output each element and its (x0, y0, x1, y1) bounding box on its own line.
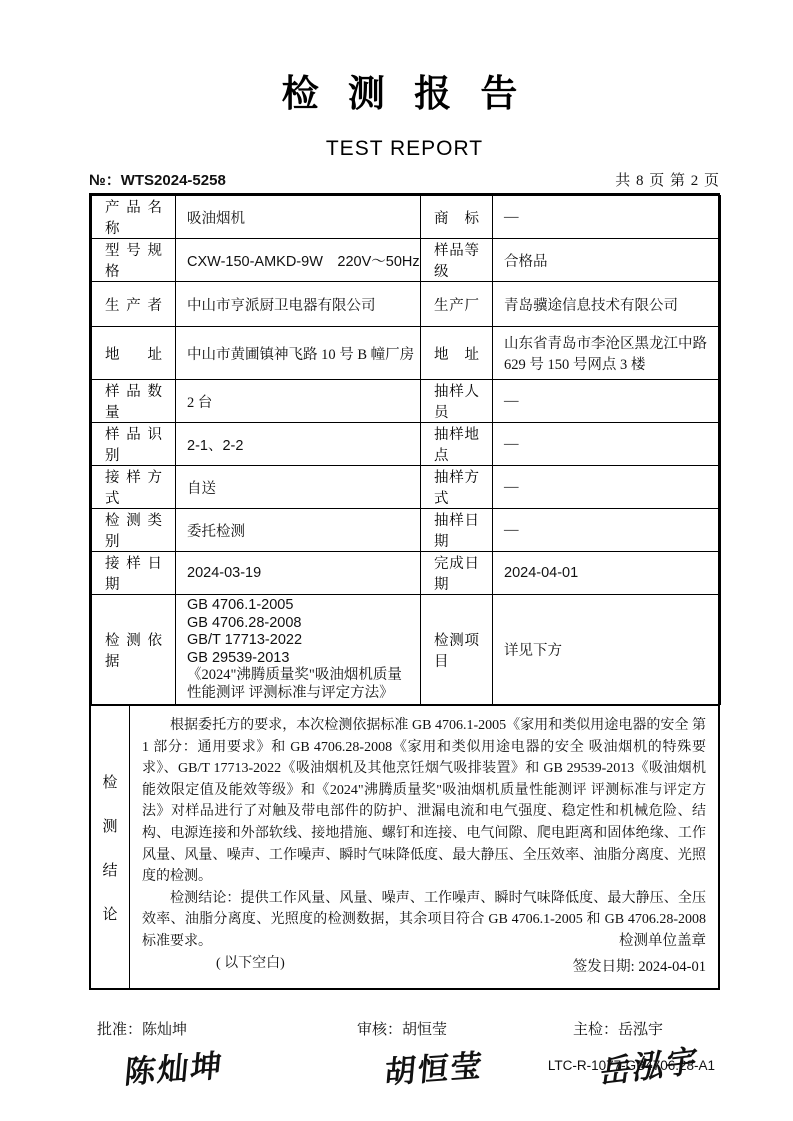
field-label: 完成日期 (421, 552, 493, 595)
stamp-label: 检测单位盖章 (573, 928, 706, 954)
label-char: 论 (102, 903, 117, 924)
inspector-block: 主检：岳泓宇 岳泓宇 (573, 1018, 700, 1092)
field-label: 检测类别 (92, 509, 176, 552)
table-row: 接样日期 2024-03-19 完成日期 2024-04-01 (92, 552, 721, 595)
approver-block: 批准：陈灿坤 陈灿坤 (97, 1018, 224, 1092)
table-row: 样品数量 2 台 抽样人员 — (92, 380, 721, 423)
field-label: 抽样人员 (421, 380, 493, 423)
table-row: 检测类别 委托检测 抽样日期 — (92, 509, 721, 552)
field-value: 委托检测 (176, 509, 421, 552)
field-label: 商标 (421, 196, 493, 239)
field-value: 自送 (176, 466, 421, 509)
report-table: 产品名称 吸油烟机 商标 — 型号规格 CXW-150-AMKD-9W 220V… (89, 193, 720, 990)
field-label: 检测项目 (421, 595, 493, 705)
reviewer-name: 审核：胡恒莹 (357, 1018, 484, 1039)
table-row-basis: 检测依据 GB 4706.1-2005 GB 4706.28-2008 GB/T… (92, 595, 721, 705)
field-label: 型号规格 (92, 239, 176, 282)
field-value: 山东省青岛市李沧区黑龙江中路 629 号 150 号网点 3 楼 (493, 327, 721, 380)
field-value: 2 台 (176, 380, 421, 423)
field-value: CXW-150-AMKD-9W 220V～50Hz (176, 239, 421, 282)
conclusion-section: 检 测 结 论 根据委托方的要求，本次检测依据标准 GB 4706.1-2005… (91, 705, 718, 988)
field-value: 吸油烟机 (176, 196, 421, 239)
table-row: 产品名称 吸油烟机 商标 — (92, 196, 721, 239)
label-char: 测 (102, 815, 117, 836)
field-label: 样品等级 (421, 239, 493, 282)
field-value: 2-1、2-2 (176, 423, 421, 466)
field-label: 检测依据 (92, 595, 176, 705)
field-label: 抽样方式 (421, 466, 493, 509)
page-count: 共 8 页 第 2 页 (615, 169, 720, 190)
test-basis-list: GB 4706.1-2005 GB 4706.28-2008 GB/T 1771… (176, 595, 421, 705)
reviewer-block: 审核：胡恒莹 胡恒莹 (357, 1018, 484, 1092)
field-value: — (493, 509, 721, 552)
report-title: 检 测 报 告 (89, 76, 720, 113)
label-char: 检 (102, 771, 117, 792)
document-code: LTC-R-1077-GB4706.28-A1 (548, 1058, 715, 1073)
report-page: 检 测 报 告 TEST REPORT №：WTS2024-5258 共 8 页… (89, 76, 720, 1121)
label-char: 结 (102, 859, 117, 880)
field-value: 中山市亨派厨卫电器有限公司 (176, 282, 421, 327)
conclusion-vertical-label: 检 测 结 论 (91, 706, 130, 988)
field-value: — (493, 196, 721, 239)
approver-signature: 陈灿坤 (123, 1040, 226, 1092)
field-value: 2024-03-19 (176, 552, 421, 595)
table-row: 地址 中山市黄圃镇神飞路 10 号 B 幢厂房 地址 山东省青岛市李沧区黑龙江中… (92, 327, 721, 380)
report-number: №：WTS2024-5258 (89, 169, 226, 190)
field-label: 样品数量 (92, 380, 176, 423)
field-value: 2024-04-01 (493, 552, 721, 595)
field-label: 生产者 (92, 282, 176, 327)
conclusion-paragraph: 根据委托方的要求，本次检测依据标准 GB 4706.1-2005《家用和类似用途… (142, 715, 706, 888)
table-row: 生产者 中山市亨派厨卫电器有限公司 生产厂 青岛骥途信息技术有限公司 (92, 282, 721, 327)
field-label: 地址 (92, 327, 176, 380)
field-value: — (493, 466, 721, 509)
report-meta-line: №：WTS2024-5258 共 8 页 第 2 页 (89, 169, 720, 190)
field-value: — (493, 423, 721, 466)
field-value: 详见下方 (493, 595, 721, 705)
field-label: 地址 (421, 327, 493, 380)
basis-standard: GB 29539-2013 (187, 650, 416, 668)
basis-standard: 《2024"沸腾质量奖"吸油烟机质量性能测评 评测标准与评定方法》 (187, 667, 416, 702)
field-value: 中山市黄圃镇神飞路 10 号 B 幢厂房 (176, 327, 421, 380)
field-value: 合格品 (493, 239, 721, 282)
field-label: 抽样日期 (421, 509, 493, 552)
reviewer-signature: 胡恒莹 (383, 1040, 486, 1092)
field-value: — (493, 380, 721, 423)
report-subtitle: TEST REPORT (89, 137, 720, 161)
approver-name: 批准：陈灿坤 (97, 1018, 224, 1039)
field-label: 接样方式 (92, 466, 176, 509)
basis-standard: GB/T 17713-2022 (187, 632, 416, 650)
field-value: 青岛骥途信息技术有限公司 (493, 282, 721, 327)
basis-standard: GB 4706.1-2005 (187, 597, 416, 615)
basis-standard: GB 4706.28-2008 (187, 615, 416, 633)
field-label: 产品名称 (92, 196, 176, 239)
table-row: 样品识别 2-1、2-2 抽样地点 — (92, 423, 721, 466)
field-label: 样品识别 (92, 423, 176, 466)
conclusion-body: 根据委托方的要求，本次检测依据标准 GB 4706.1-2005《家用和类似用途… (130, 706, 718, 988)
field-label: 生产厂 (421, 282, 493, 327)
stamp-block: 检测单位盖章 签发日期: 2024-04-01 (573, 928, 706, 980)
issue-date: 签发日期: 2024-04-01 (573, 954, 706, 980)
field-label: 抽样地点 (421, 423, 493, 466)
inspector-name: 主检：岳泓宇 (573, 1018, 700, 1039)
table-row: 型号规格 CXW-150-AMKD-9W 220V～50Hz 样品等级 合格品 (92, 239, 721, 282)
field-label: 接样日期 (92, 552, 176, 595)
table-row: 接样方式 自送 抽样方式 — (92, 466, 721, 509)
